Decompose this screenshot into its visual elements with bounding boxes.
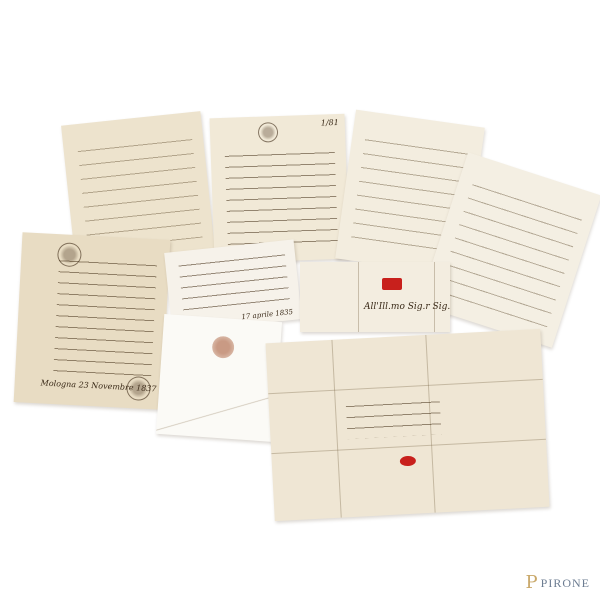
document-left-notarized: Mologna 23 Novembre 1837 [14, 232, 171, 410]
address-handwriting [346, 395, 441, 439]
watermark: P PIRONE [526, 574, 590, 592]
handwriting [53, 255, 157, 382]
handwriting [437, 178, 584, 329]
envelope [156, 314, 282, 442]
wax-seal-icon [211, 335, 234, 358]
document-folded-red-seal: All'Ill.mo Sig.r Sig.r [300, 262, 450, 332]
document-folded-bottom [266, 329, 550, 521]
pirone-logo-icon: P [526, 574, 538, 592]
page-number: 1/81 [321, 118, 339, 128]
handwriting [224, 146, 338, 248]
circular-stamp-icon [258, 122, 279, 143]
watermark-text: PIRONE [541, 576, 590, 591]
seal-stamp-icon [126, 376, 151, 401]
address-line: All'Ill.mo Sig.r Sig.r [364, 302, 450, 312]
handwriting [77, 132, 202, 250]
envelope-flap [156, 384, 277, 442]
red-seal-icon [382, 278, 402, 290]
handwriting [178, 248, 290, 313]
red-wax-seal-icon [400, 456, 417, 467]
